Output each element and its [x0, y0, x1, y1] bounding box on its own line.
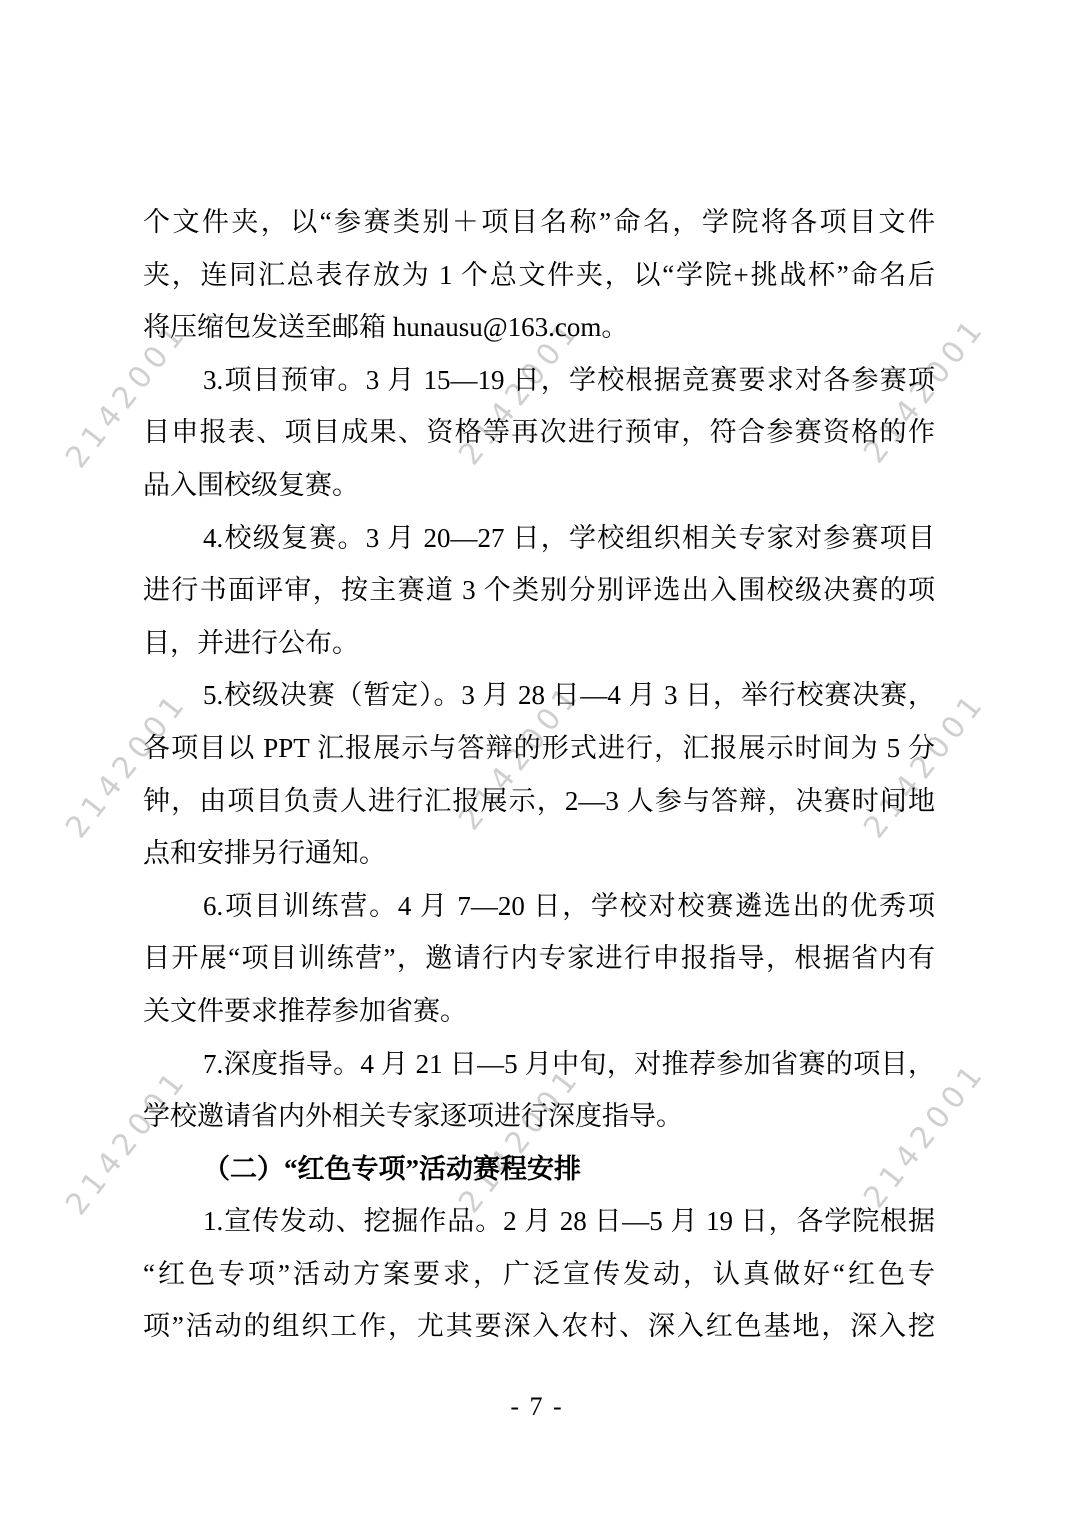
- text-line: “红色专项”活动方案要求，广泛宣传发动，认真做好“红色专: [143, 1248, 935, 1301]
- text-line: 目，并进行公布。: [143, 617, 935, 670]
- text-line: 目申报表、项目成果、资格等再次进行预审，符合参赛资格的作: [143, 406, 935, 459]
- text-line: 6.项目训练营。4 月 7—20 日，学校对校赛遴选出的优秀项: [143, 880, 935, 933]
- text-line: 3.项目预审。3 月 15—19 日，学校根据竞赛要求对各参赛项: [143, 354, 935, 407]
- text-line: 个文件夹，以“参赛类别＋项目名称”命名，学院将各项目文件: [143, 196, 935, 249]
- text-line: 各项目以 PPT 汇报展示与答辩的形式进行，汇报展示时间为 5 分: [143, 722, 935, 775]
- text-line: 将压缩包发送至邮箱 hunausu@163.com。: [143, 301, 935, 354]
- text-line: 点和安排另行通知。: [143, 827, 935, 880]
- text-line: 目开展“项目训练营”，邀请行内专家进行申报指导，根据省内有: [143, 932, 935, 985]
- text-line: 项”活动的组织工作，尤其要深入农村、深入红色基地，深入挖: [143, 1300, 935, 1353]
- page-footer: - 7 -: [0, 1392, 1074, 1422]
- text-line: 关文件要求推荐参加省赛。: [143, 985, 935, 1038]
- text-line: 4.校级复赛。3 月 20—27 日，学校组织相关专家对参赛项目: [143, 512, 935, 565]
- document-body: 个文件夹，以“参赛类别＋项目名称”命名，学院将各项目文件夹，连同汇总表存放为 1…: [143, 196, 935, 1353]
- text-line: 学校邀请省内外相关专家逐项进行深度指导。: [143, 1090, 935, 1143]
- text-line: 钟，由项目负责人进行汇报展示，2—3 人参与答辩，决赛时间地: [143, 775, 935, 828]
- text-line: 夹，连同汇总表存放为 1 个总文件夹，以“学院+挑战杯”命名后: [143, 249, 935, 302]
- page-number: - 7 -: [510, 1392, 563, 1421]
- text-line: 7.深度指导。4 月 21 日—5 月中旬，对推荐参加省赛的项目，: [143, 1038, 935, 1091]
- text-line: 品入围校级复赛。: [143, 459, 935, 512]
- text-line: 进行书面评审，按主赛道 3 个类别分别评选出入围校级决赛的项: [143, 564, 935, 617]
- text-line: 1.宣传发动、挖掘作品。2 月 28 日—5 月 19 日，各学院根据: [143, 1195, 935, 1248]
- document-page: 2142001214200121420012142001214200121420…: [0, 0, 1074, 1520]
- section-heading: （二）“红色专项”活动赛程安排: [143, 1143, 935, 1196]
- text-line: 5.校级决赛（暂定）。3 月 28 日—4 月 3 日，举行校赛决赛，: [143, 669, 935, 722]
